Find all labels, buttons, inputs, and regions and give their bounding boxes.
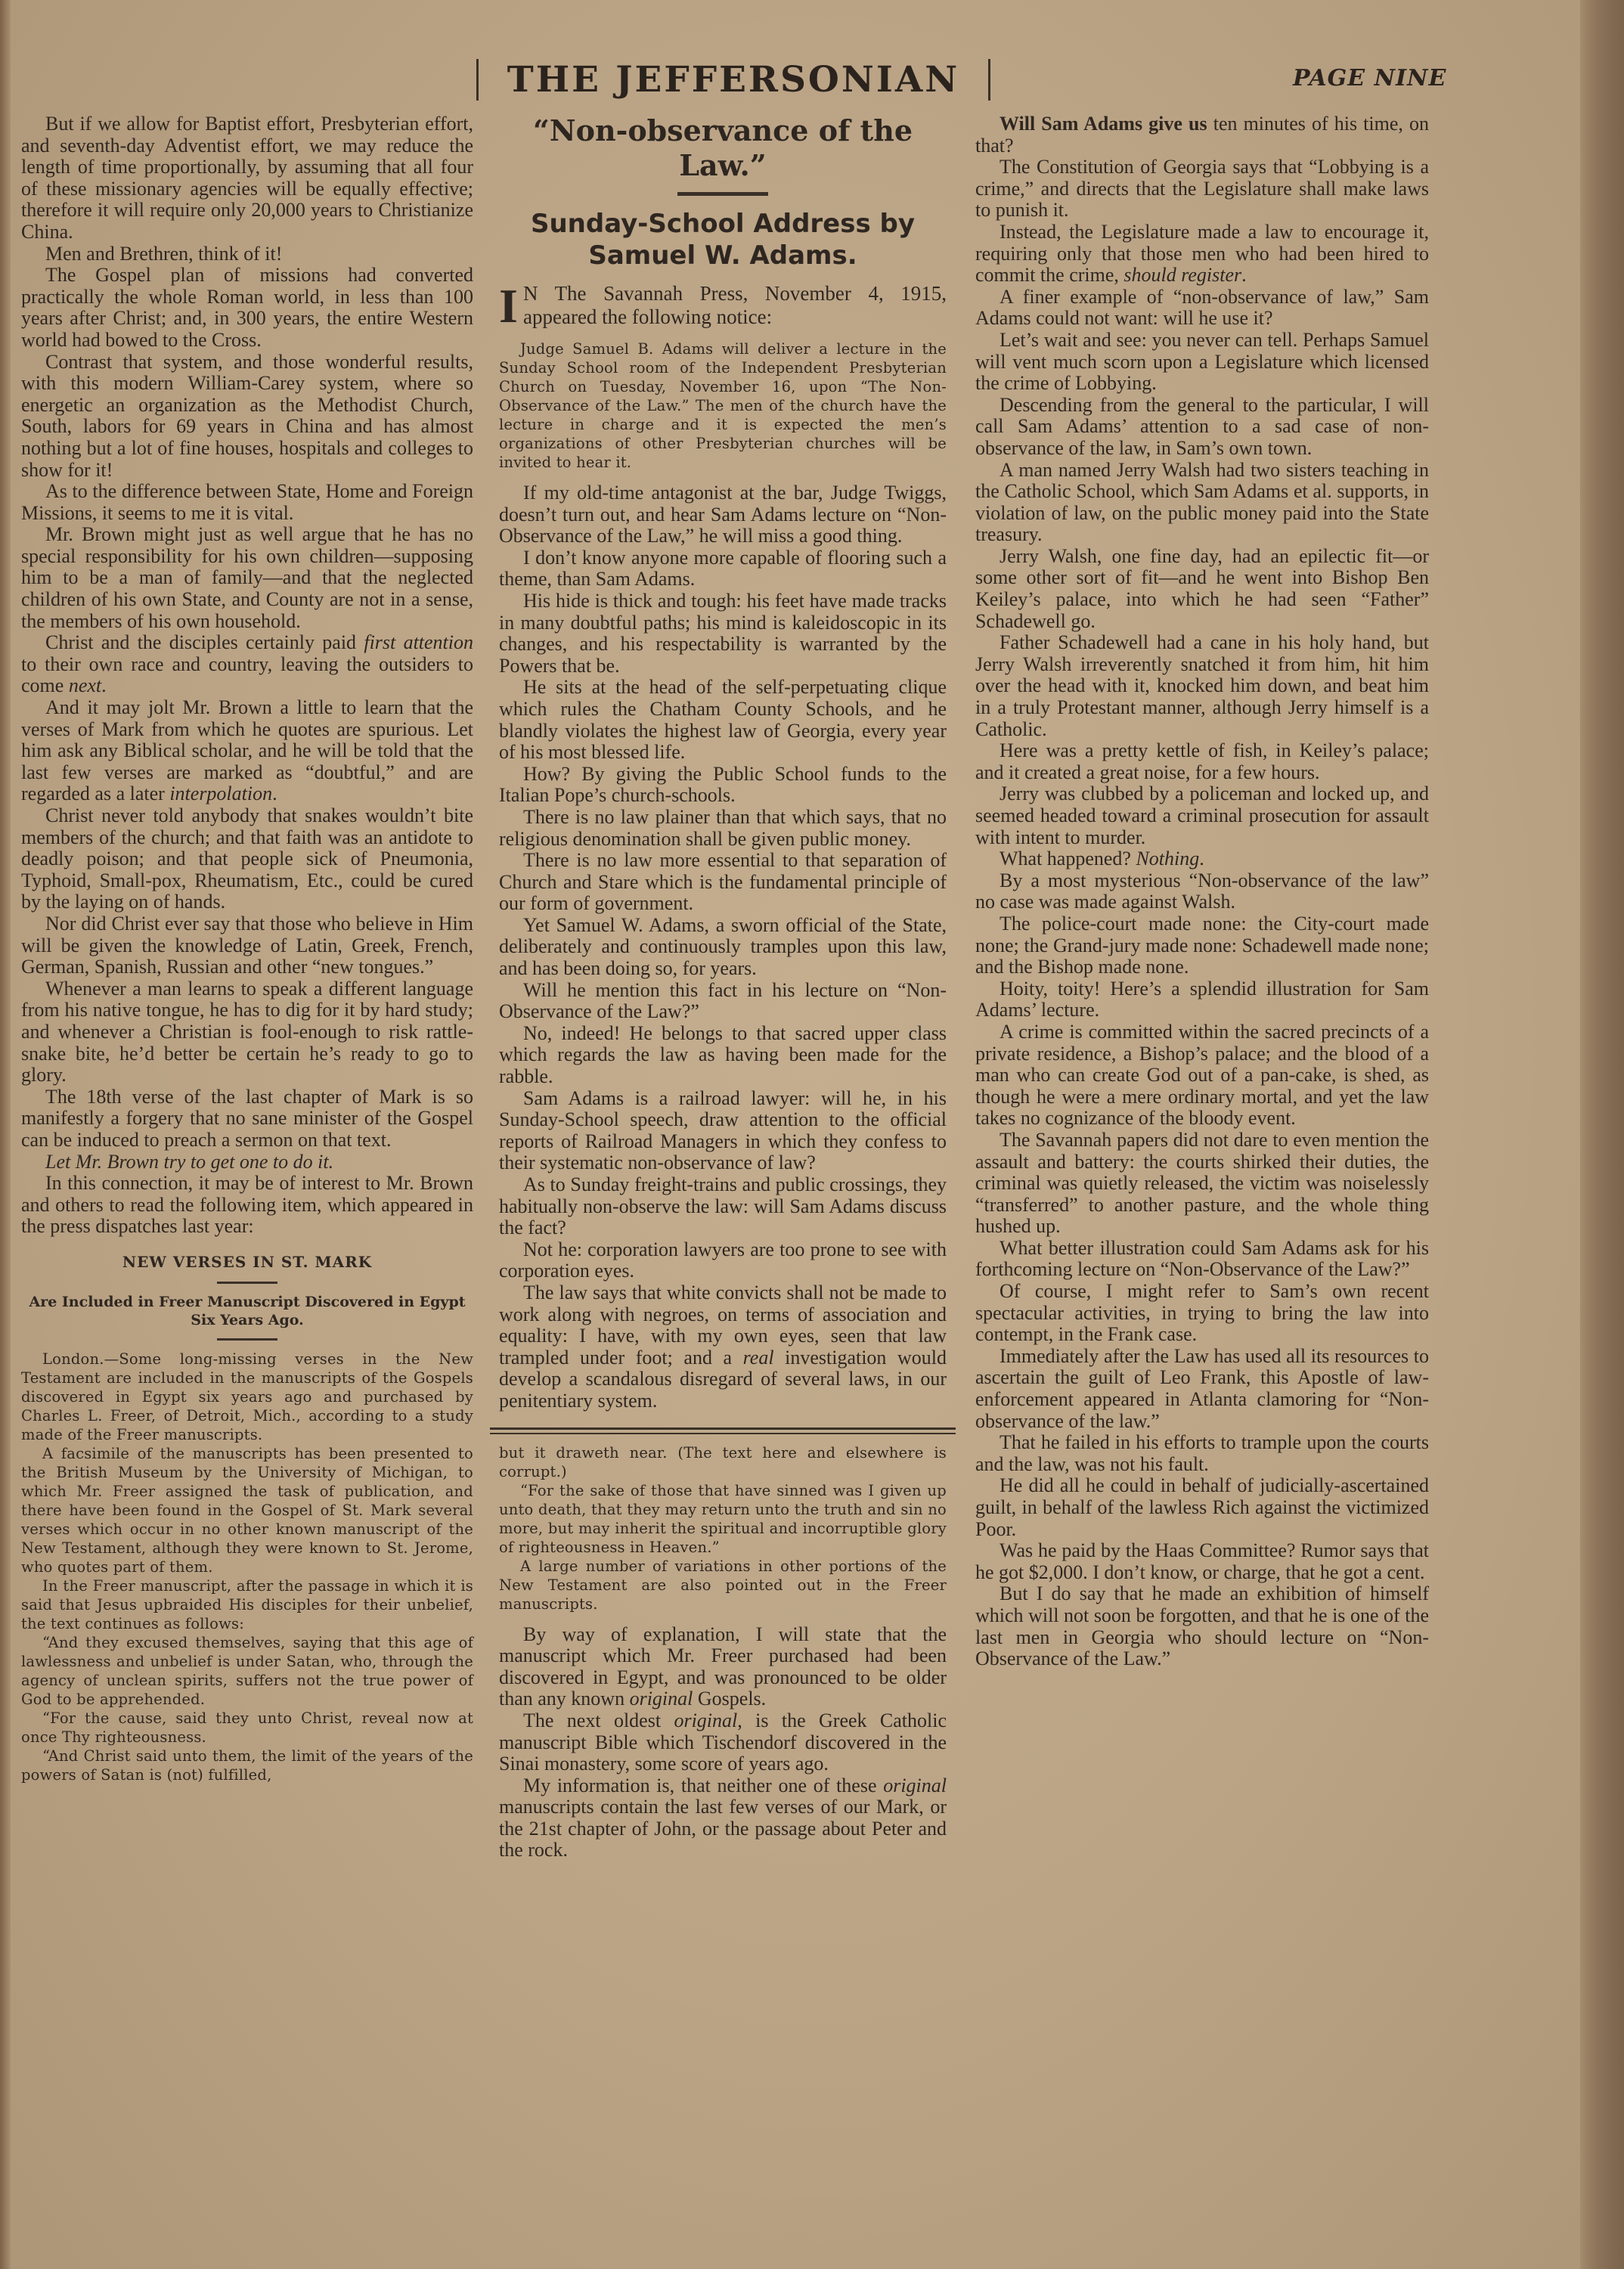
paragraph: I don’t know anyone more capable of floo…	[499, 547, 947, 590]
paragraph: And it may jolt Mr. Brown a little to le…	[21, 697, 473, 805]
clipping-subheadline: Are Included in Freer Manuscript Discove…	[21, 1293, 473, 1329]
paragraph: Of course, I might refer to Sam’s own re…	[975, 1281, 1429, 1346]
paragraph: Christ and the disciples certainly paid …	[21, 632, 473, 697]
divider	[217, 1282, 277, 1284]
paragraph: Instead, the Legislature made a law to e…	[975, 222, 1429, 287]
press-clipping: NEW VERSES IN ST. MARK Are Included in F…	[21, 1251, 473, 1784]
drop-cap: I	[499, 282, 518, 330]
text-run: The next oldest	[523, 1709, 674, 1731]
clipping-continued: but it draweth near. (The text here and …	[499, 1443, 947, 1613]
paragraph: In this connection, it may be of interes…	[21, 1173, 473, 1238]
paragraph: A crime is committed within the sacred p…	[975, 1021, 1429, 1130]
italic-run: original	[883, 1775, 947, 1796]
text-run: What happened?	[1000, 848, 1136, 869]
paragraph: Jerry Walsh, one fine day, had an epilec…	[975, 546, 1429, 632]
text-run: manuscripts contain the last few verses …	[499, 1796, 947, 1861]
text-run: .	[272, 783, 277, 804]
paragraph: Father Schadewell had a cane in his holy…	[975, 632, 1429, 740]
paragraph: What better illustration could Sam Adams…	[975, 1238, 1429, 1281]
paragraph: Sam Adams is a railroad lawyer: will he,…	[499, 1088, 947, 1174]
paragraph: A large number of variations in other po…	[499, 1557, 947, 1613]
italic-run: original	[674, 1709, 737, 1731]
italic-run: Nothing	[1136, 848, 1199, 869]
paragraph: But if we allow for Baptist effort, Pres…	[21, 113, 473, 243]
paragraph: Not he: corporation lawyers are too pron…	[499, 1239, 947, 1282]
italic-run: real	[743, 1347, 774, 1369]
paragraph: Yet Samuel W. Adams, a sworn official of…	[499, 915, 947, 980]
paragraph: Let’s wait and see: you never can tell. …	[975, 330, 1429, 395]
italic-run: should register	[1123, 264, 1241, 286]
paragraph: The Constitution of Georgia says that “L…	[975, 157, 1429, 222]
text-run: .	[1199, 848, 1204, 869]
paragraph: As to Sunday freight-trains and public c…	[499, 1174, 947, 1239]
text-run: Gospels.	[693, 1688, 766, 1709]
paragraph: That he failed in his efforts to trample…	[975, 1432, 1429, 1475]
bold-run: Will Sam Adams give us	[1000, 113, 1207, 135]
column-left: But if we allow for Baptist effort, Pres…	[21, 113, 473, 1784]
paragraph: The Savannah papers did not dare to even…	[975, 1130, 1429, 1238]
italic-run: original	[630, 1688, 693, 1709]
paragraph: Christ never told anybody that snakes wo…	[21, 805, 473, 913]
italic-run: Let Mr. Brown try to get one to do it.	[45, 1151, 333, 1173]
paragraph-italic: Let Mr. Brown try to get one to do it.	[21, 1152, 473, 1173]
paragraph: The Gospel plan of missions had converte…	[21, 265, 473, 351]
paragraph: “For the sake of those that have sinned …	[499, 1481, 947, 1557]
paragraph: No, indeed! He belongs to that sacred up…	[499, 1023, 947, 1088]
paragraph: Will he mention this fact in his lecture…	[499, 980, 947, 1023]
paragraph: What happened? Nothing.	[975, 848, 1429, 870]
text-run: N The Savannah Press, November 4, 1915, …	[523, 282, 947, 328]
paragraph: The police-court made none: the City-cou…	[975, 913, 1429, 978]
text-run: .	[1241, 264, 1247, 286]
paragraph: He sits at the head of the self-perpetua…	[499, 677, 947, 763]
paragraph: A man named Jerry Walsh had two sisters …	[975, 460, 1429, 546]
paragraph: In the Freer manuscript, after the passa…	[21, 1576, 473, 1633]
paragraph: Immediately after the Law has used all i…	[975, 1346, 1429, 1432]
paragraph: His hide is thick and tough: his feet ha…	[499, 590, 947, 677]
divider	[217, 1338, 277, 1341]
paragraph: Here was a pretty kettle of fish, in Kei…	[975, 740, 1429, 783]
paragraph: The 18th verse of the last chapter of Ma…	[21, 1086, 473, 1152]
paragraph: Jerry was clubbed by a policeman and loc…	[975, 783, 1429, 848]
masthead: THE JEFFERSONIAN PAGE NINE	[0, 59, 1624, 112]
paragraph: By a most mysterious “Non-observance of …	[975, 870, 1429, 913]
intro-paragraph: IN The Savannah Press, November 4, 1915,…	[499, 282, 947, 329]
italic-run: interpolation	[169, 783, 272, 804]
paragraph: How? By giving the Public School funds t…	[499, 764, 947, 807]
paragraph: There is no law plainer than that which …	[499, 807, 947, 850]
paragraph: If my old-time antagonist at the bar, Ju…	[499, 482, 947, 547]
paragraph: Hoity, toity! Here’s a splendid illustra…	[975, 978, 1429, 1021]
newspaper-title: THE JEFFERSONIAN	[476, 59, 990, 101]
paragraph: Was he paid by the Haas Committee? Rumor…	[975, 1540, 1429, 1583]
newspaper-page: THE JEFFERSONIAN PAGE NINE But if we all…	[0, 0, 1624, 2269]
paragraph: The law says that white convicts shall n…	[499, 1282, 947, 1412]
paragraph: A facsimile of the manuscripts has been …	[21, 1444, 473, 1576]
paragraph: Contrast that system, and those wonderfu…	[21, 352, 473, 482]
paragraph: London.—Some long-missing verses in the …	[21, 1350, 473, 1444]
text-run: Christ and the disciples certainly paid	[45, 631, 364, 653]
article-subheadline: Sunday-School Address by Samuel W. Adams…	[499, 208, 947, 271]
paragraph: But I do say that he made an exhibition …	[975, 1583, 1429, 1669]
paragraph: “And Christ said unto them, the limit of…	[21, 1747, 473, 1784]
paragraph: “For the cause, said they unto Christ, r…	[21, 1709, 473, 1747]
paragraph: Judge Samuel B. Adams will deliver a lec…	[499, 339, 947, 472]
double-rule-divider	[490, 1427, 956, 1434]
paragraph: He did all he could in behalf of judicia…	[975, 1475, 1429, 1540]
column-middle: “Non-observance of the Law.” Sunday-Scho…	[499, 113, 947, 1861]
lecture-notice: Judge Samuel B. Adams will deliver a lec…	[499, 339, 947, 472]
paragraph: Will Sam Adams give us ten minutes of hi…	[975, 113, 1429, 157]
clipping-body: London.—Some long-missing verses in the …	[21, 1350, 473, 1784]
paragraph: As to the difference between State, Home…	[21, 481, 473, 524]
paragraph: Men and Brethren, think of it!	[21, 243, 473, 265]
column-right: Will Sam Adams give us ten minutes of hi…	[975, 113, 1429, 1670]
clipping-headline: NEW VERSES IN ST. MARK	[21, 1251, 473, 1272]
paragraph: Descending from the general to the parti…	[975, 395, 1429, 460]
page-number: PAGE NINE	[1293, 65, 1446, 91]
paragraph: By way of explanation, I will state that…	[499, 1624, 947, 1710]
italic-run: next	[69, 674, 101, 696]
paragraph: Nor did Christ ever say that those who b…	[21, 913, 473, 978]
italic-run: first attention	[364, 631, 473, 653]
article-headline: “Non-observance of the Law.”	[499, 113, 947, 183]
paragraph: There is no law more essential to that s…	[499, 850, 947, 915]
divider	[677, 192, 768, 196]
paragraph: My information is, that neither one of t…	[499, 1775, 947, 1861]
paragraph: Whenever a man learns to speak a differe…	[21, 978, 473, 1086]
paragraph: “And they excused themselves, saying tha…	[21, 1633, 473, 1709]
text-run: My information is, that neither one of t…	[523, 1775, 883, 1796]
text-run: .	[101, 674, 107, 696]
paragraph: The next oldest original, is the Greek C…	[499, 1710, 947, 1775]
paragraph: Mr. Brown might just as well argue that …	[21, 524, 473, 632]
paragraph: but it draweth near. (The text here and …	[499, 1443, 947, 1481]
paragraph: A finer example of “non-observance of la…	[975, 287, 1429, 330]
